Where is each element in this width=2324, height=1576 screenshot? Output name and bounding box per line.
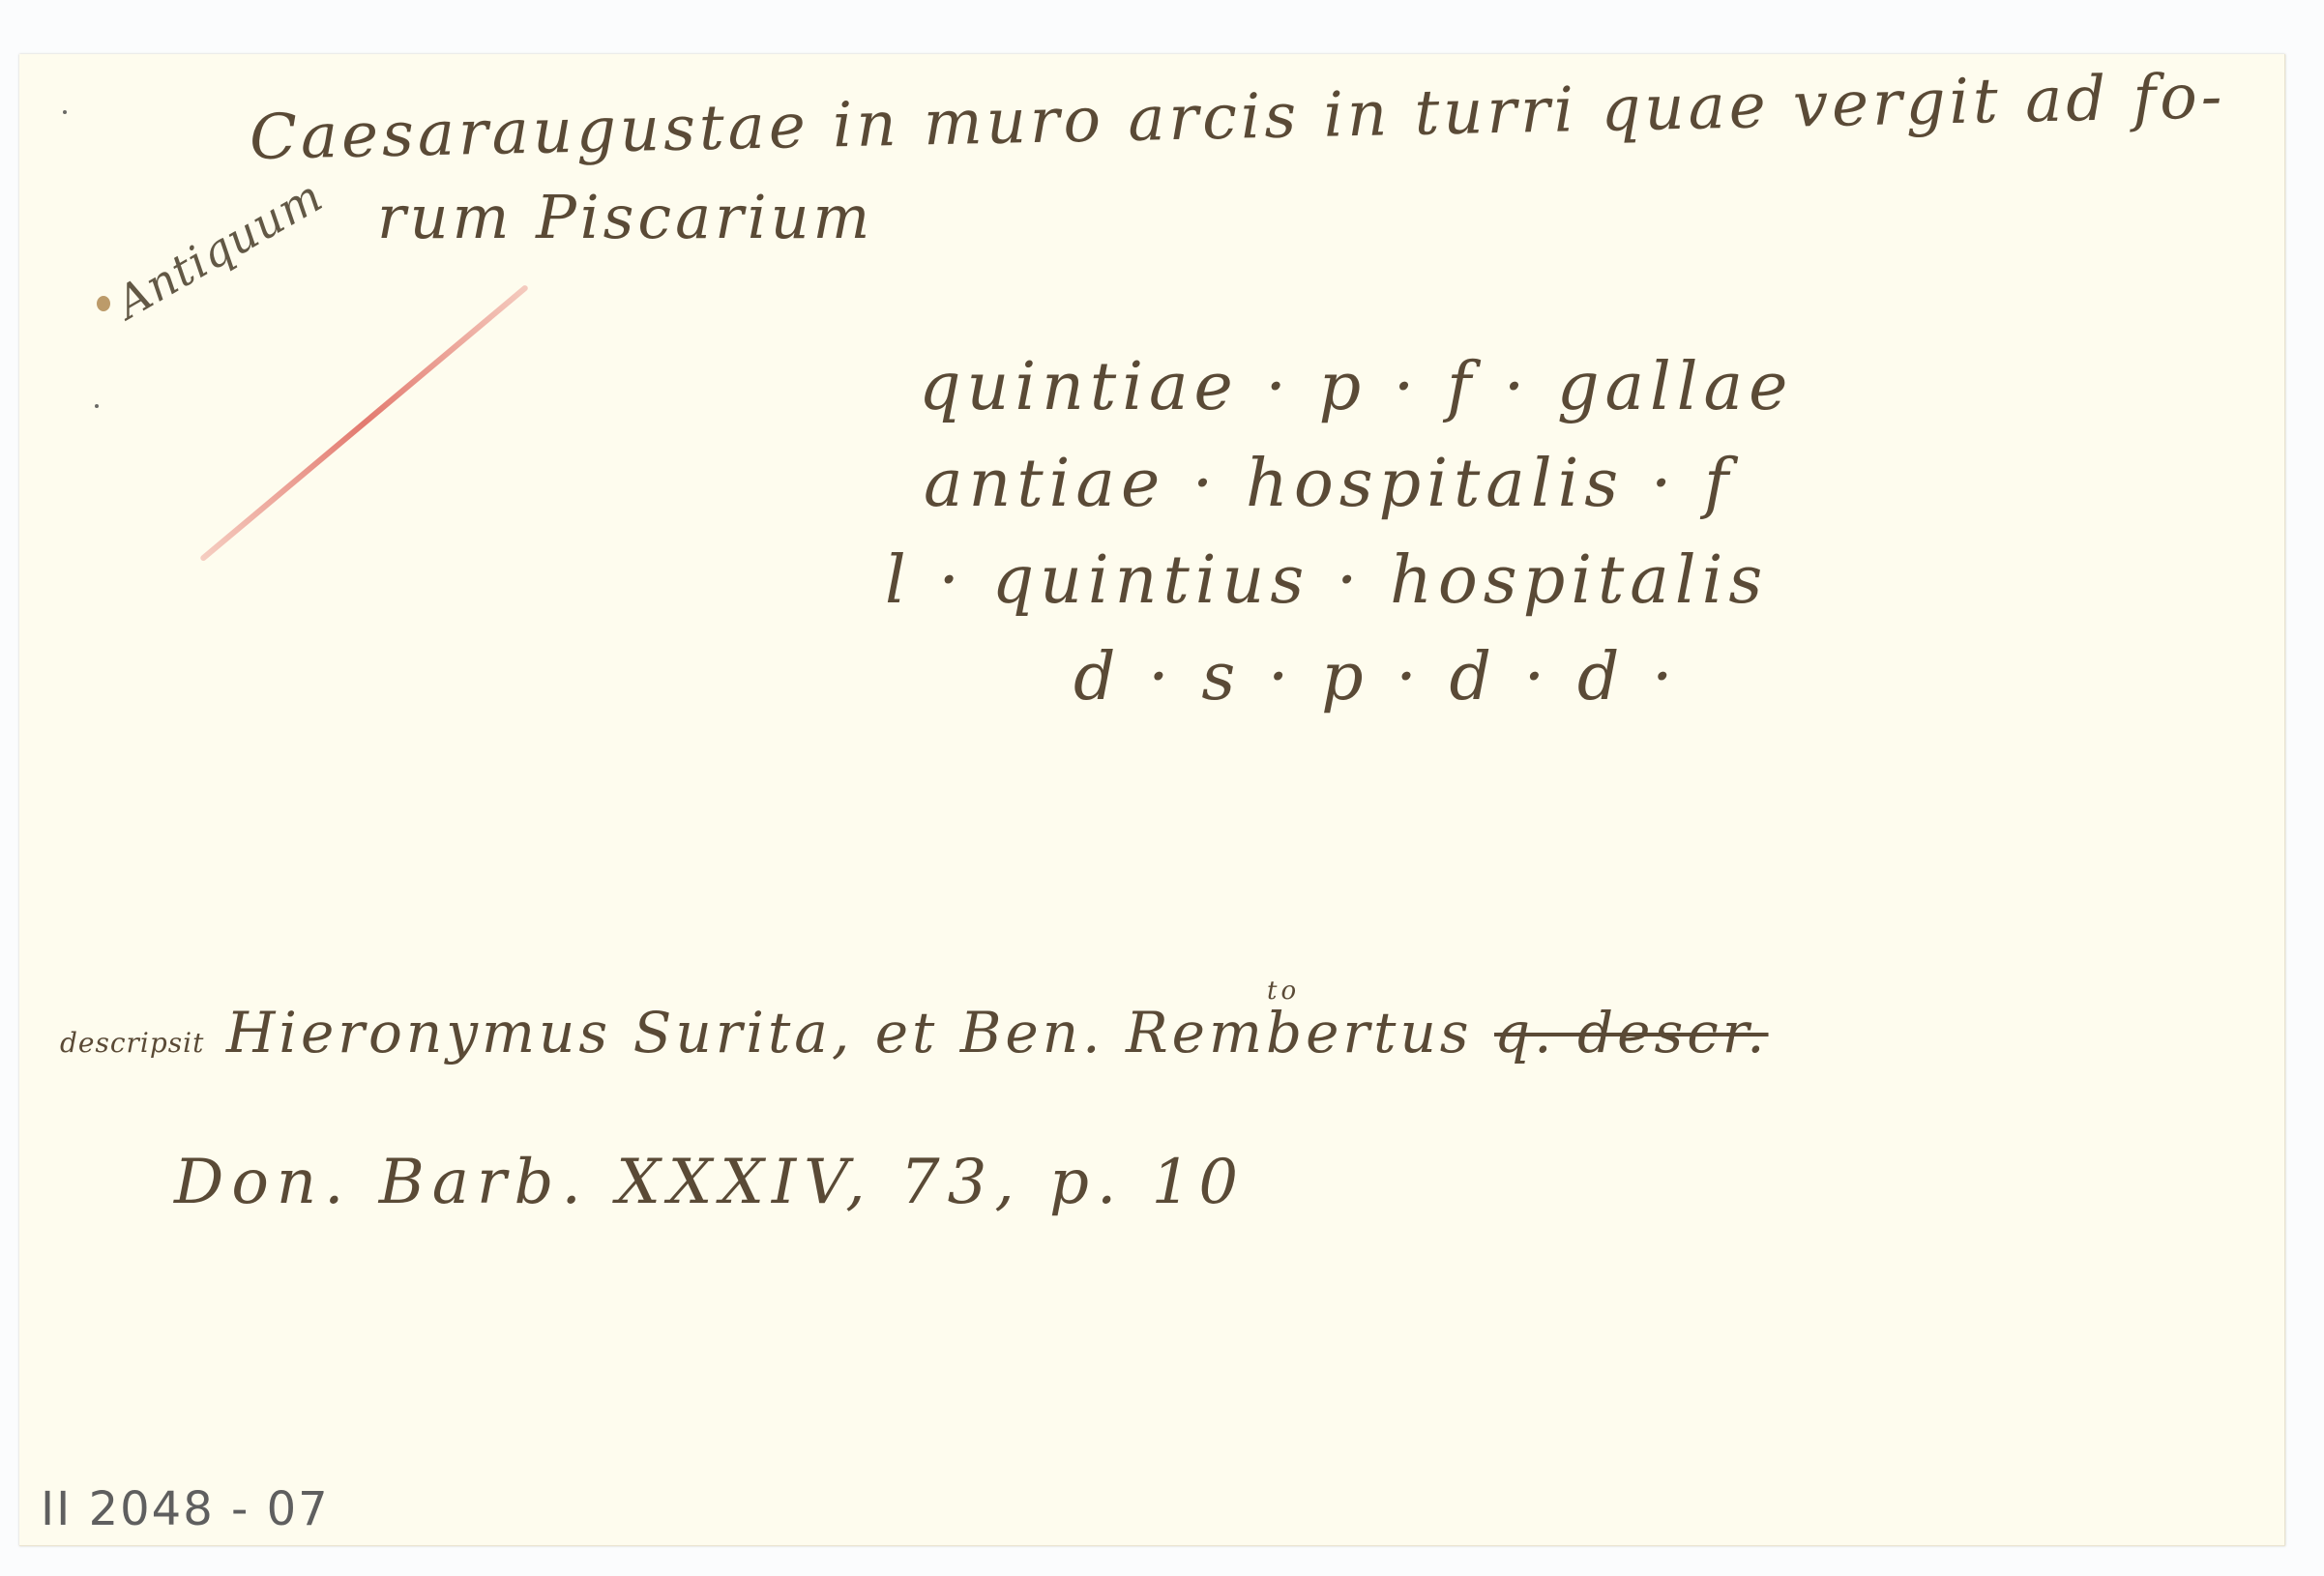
heading-line-1: Caesaraugustae in muro arcis in turri qu…	[249, 61, 2226, 174]
margin-note: Antiquum	[107, 169, 332, 329]
inscription-line-3: l · quintius · hospitalis	[885, 542, 1768, 619]
attribution-superscript: to	[1267, 977, 1300, 1006]
red-crayon-stroke	[199, 284, 529, 562]
ink-stain	[97, 296, 110, 311]
inscription-line-4: d · s · p · d · d ·	[1074, 639, 1679, 715]
attribution-text: Hieronymus Surita, et Ben. Rembertus	[226, 1000, 1473, 1065]
attribution-line: descripsit Hieronymus Surita, et Ben. Re…	[60, 1000, 1769, 1065]
source-reference: Don. Barb. XXXIV, 73, p. 10	[174, 1147, 1246, 1218]
attribution-prefix: descripsit	[60, 1027, 204, 1059]
inscription-line-2: antiae · hospitalis · f	[924, 446, 1734, 522]
manuscript-sheet: Caesaraugustae in muro arcis in turri qu…	[19, 54, 2285, 1546]
paper-speck	[95, 404, 99, 408]
attribution-struck-text: q. descr.	[1494, 1000, 1769, 1065]
heading-line-2: rum Piscarium	[377, 182, 873, 252]
paper-speck	[63, 110, 67, 114]
inscription-line-1: quintiae · p · f · gallae	[919, 349, 1793, 425]
catalog-number: II 2048 - 07	[41, 1482, 330, 1536]
